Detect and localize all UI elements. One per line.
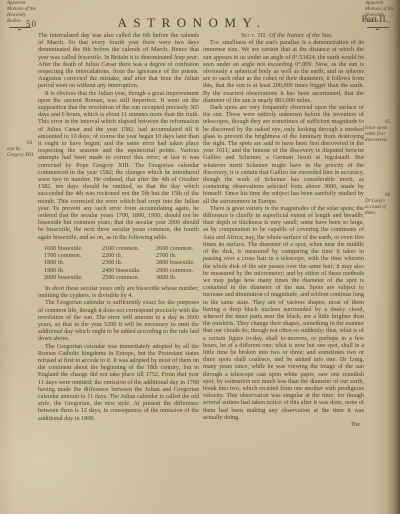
table-cell: 1800 ib.	[44, 259, 102, 266]
table-cell: 1900 ib.	[44, 267, 102, 274]
table-cell: 2200 ib.	[102, 252, 156, 259]
margin-rule	[367, 27, 389, 28]
paragraph: In short these secular years only are bi…	[38, 285, 199, 299]
table-cell: 2800 bissextile.	[156, 259, 205, 266]
paragraph: Dark spots are very frequently observed …	[203, 104, 364, 205]
paragraph: It is obvious that the Julian year, thou…	[38, 90, 199, 241]
paragraph: The Gregorian calendar is sufficiently e…	[38, 299, 199, 342]
table-cell: 2400 bissextile.	[102, 267, 156, 274]
section-label: Sect. III.	[241, 32, 267, 39]
table-cell: 3000 ib.	[156, 274, 205, 281]
paragraph: The Gregorian calendar was immediately a…	[38, 343, 199, 422]
table-cell: 2900 common.	[156, 267, 205, 274]
running-title: ASTRONOMY.	[0, 15, 384, 31]
section-heading: Sect. III. Of the Nature of the Sun.	[203, 32, 364, 39]
right-running-margin-note: Apparent Motions of the Heavenly Bodies.	[365, 1, 395, 28]
left-running-margin-note-text: Apparent Motions of the Heavenly Bodies.	[7, 1, 36, 24]
table-cell: 1600 bissextile.	[44, 245, 102, 252]
book-page: 50 ASTRONOMY. Part II. Apparent Motions …	[0, 0, 400, 514]
catchword: The	[203, 421, 364, 428]
paragraph: The smallness of the sun's parallax is a…	[203, 39, 364, 104]
secular-years-table: 1600 bissextile. 2100 common. 2600 commo…	[44, 245, 199, 281]
right-running-margin-note-text: Apparent Motions of the Heavenly Bodies.	[365, 1, 394, 24]
margin-note-dr-long: 66 Dr Long's account of them.	[365, 193, 395, 217]
margin-note-solar-spots: 65 Solar spots when first discovered.	[365, 120, 395, 144]
left-text-column: The intercalated day was also called the…	[38, 32, 199, 422]
paragraph: The intercalated day was also called the…	[38, 32, 199, 90]
margin-note-text: Solar spots when first discovered.	[365, 126, 388, 143]
paragraph: There is great variety in the magnitudes…	[203, 205, 364, 421]
right-text-column: Sect. III. Of the Nature of the Sun. The…	[203, 32, 364, 428]
margin-note-gregory: 64 and by Gregory XIII.	[7, 141, 37, 159]
table-cell: 2500 common.	[102, 274, 156, 281]
margin-rule	[9, 27, 31, 28]
section-title: Of the Nature of the Sun.	[269, 32, 333, 39]
margin-note-text: and by Gregory XIII.	[7, 147, 34, 158]
table-cell: 2300 ib.	[102, 259, 156, 266]
table-cell: 2000 bissextile.	[44, 274, 102, 281]
table-cell: 1700 common.	[44, 252, 102, 259]
left-running-margin-note: Apparent Motions of the Heavenly Bodies.	[7, 1, 37, 28]
margin-note-text: Dr Long's account of them.	[365, 199, 386, 216]
table-cell: 2100 common.	[102, 245, 156, 252]
table-cell: 2600 common.	[156, 245, 205, 252]
table-cell: 2700 ib.	[156, 252, 205, 259]
